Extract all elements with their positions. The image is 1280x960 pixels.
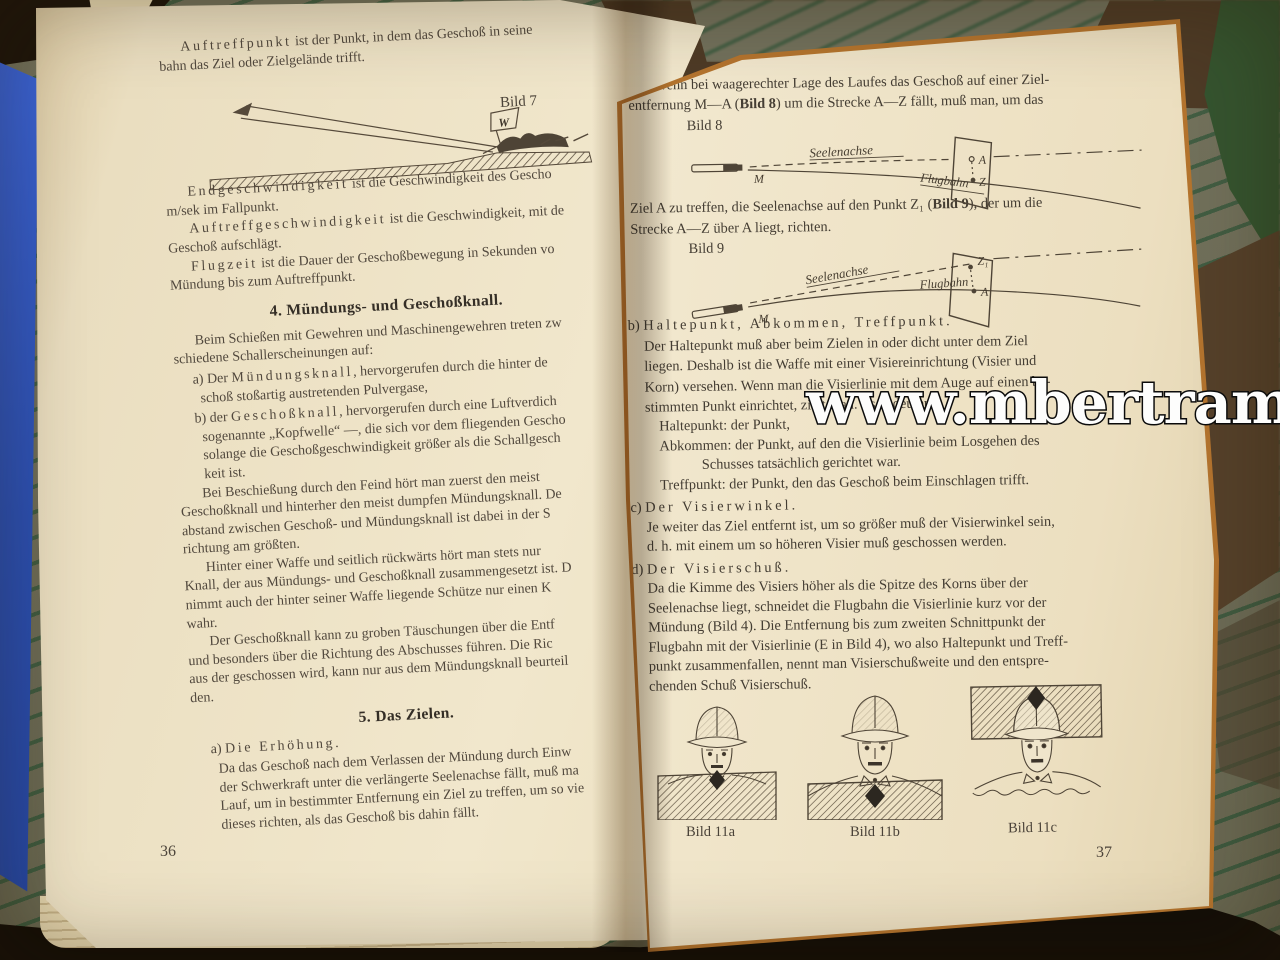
bild-8-drawing: Seelenachse Flugbahn M A Z <box>687 130 1148 226</box>
text-segment: Bild 8 <box>687 117 723 134</box>
target-point-label: A <box>978 153 987 167</box>
bild-11a-label: Bild 11a <box>686 824 735 841</box>
bild-7-label: Bild 7 <box>500 93 538 112</box>
text-segment: Treffpunkt: der Punkt, den das Geschoß b… <box>660 472 1029 493</box>
flag-letter: W <box>498 115 511 130</box>
book-photograph: Auftreffpunkt ist der Punkt, in dem das … <box>0 0 1280 960</box>
text-segment: Flugzeit <box>191 256 258 274</box>
page-number-left: 36 <box>160 843 176 861</box>
prone-soldier <box>496 131 569 153</box>
muzzle-point-label: M <box>753 172 765 186</box>
text-segment: Mündungsknall <box>231 365 353 386</box>
bild-11c-illustration <box>961 683 1113 816</box>
bild-7-illustration: W <box>193 72 602 201</box>
bild-8-illustration: Seelenachse Flugbahn M A Z <box>687 130 1148 226</box>
text-segment: Der Visierschuß <box>647 559 785 577</box>
text-segment: b) der <box>194 410 231 427</box>
text-segment: entfernung M—A ( <box>628 97 739 115</box>
text-segment: Die Erhöhung <box>225 736 336 756</box>
bild-11b-drawing <box>800 688 950 820</box>
text-segment: punkt zusammenfallen, nennt man Visiersc… <box>649 653 1049 675</box>
text-segment: d) <box>631 562 647 578</box>
text-segment: Haltepunkt: der Punkt, <box>659 417 790 435</box>
bild-9-illustration: Seelenachse Flugbahn M Z₁ A <box>687 244 1149 344</box>
bild-11b-illustration <box>800 688 950 820</box>
muzzle-point-label: M <box>757 312 769 326</box>
text-segment: . <box>791 498 795 514</box>
target-point-label: A <box>980 285 989 299</box>
text-segment: . <box>335 736 339 751</box>
bild-11c-drawing <box>961 683 1113 816</box>
text-segment: b) <box>628 318 644 334</box>
text-segment: Geschoß aufschlägt. <box>168 236 282 257</box>
bild-11b-label: Bild 11b <box>850 824 900 841</box>
aim-point-label: Z₁ <box>977 254 988 268</box>
bild-11a-drawing <box>652 698 782 820</box>
text-segment: Auftreffpunkt <box>180 34 292 54</box>
watermark: www.mbertram.de <box>806 370 1280 436</box>
bild-7-drawing: W <box>193 72 602 201</box>
text-segment: c) <box>630 500 645 516</box>
text-segment: keit ist. <box>204 465 246 482</box>
trajectory-label: Flugbahn <box>919 170 970 190</box>
text-segment: Da die Kimme des Visiers höher als die S… <box>647 575 1027 597</box>
text-segment: chenden Schuß Visierschuß. <box>649 676 812 694</box>
text-segment: . <box>785 559 789 575</box>
text-segment: 5. Das Zielen. <box>358 704 454 726</box>
text-segment: Der Visierwinkel <box>645 498 792 516</box>
bild-9-drawing: Seelenachse Flugbahn M Z₁ A <box>687 244 1149 344</box>
text-segment: a) <box>210 741 225 757</box>
arrowhead <box>232 103 253 117</box>
text-segment: den. <box>190 690 214 706</box>
text-segment: Schusses tatsächlich gerichtet war. <box>702 454 901 473</box>
text-segment: Geschoßknall <box>231 405 340 425</box>
text-segment: Bild 8 <box>739 96 776 113</box>
impact-point-label: Z <box>979 175 986 189</box>
bild-11c-label: Bild 11c <box>1008 820 1057 838</box>
page-number-right: 37 <box>1096 844 1112 862</box>
text-segment: wahr. <box>186 615 217 631</box>
bild-11a-illustration <box>652 698 782 820</box>
text-segment: d. h. mit einem um so höheren Visier muß… <box>647 534 1007 555</box>
text-segment: a) Der <box>192 371 232 388</box>
text-segment: ) um die Strecke A—Z fällt, muß man, um … <box>776 92 1044 112</box>
